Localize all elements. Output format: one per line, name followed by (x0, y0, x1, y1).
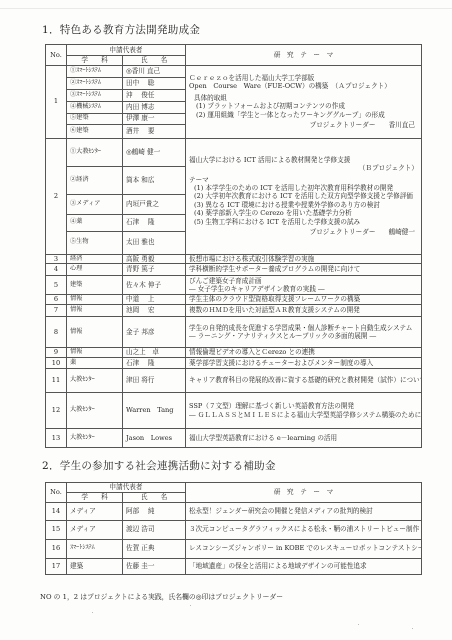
member-name: 田中 聡 (123, 77, 186, 89)
row-theme: びんご建築女子育成計画 ― 女子学生のキャリアデザイン教育の実践 ― (186, 276, 422, 295)
row-no: 5 (46, 276, 67, 295)
row-dept: 心理 (67, 264, 123, 276)
row-dept: 大教ｾﾝﾀｰ (67, 393, 123, 429)
row-name: 山之上 卓 (123, 348, 186, 358)
scan-speck (358, 624, 359, 625)
row-theme: キャリア教育科目の発展的改善に資する基礎的研究と教材開発（試作）について (186, 369, 422, 393)
row-theme: SSP（７文型）理解に基づく新しい英語教育方法の開発 ― ＧＬＬＡＳＳとＭＩＬＥ… (186, 393, 422, 429)
theme-subtitle: （Ｂプロジェクト） (189, 164, 418, 172)
col-header-applicant: 申請代表者 (67, 45, 186, 56)
row-no: 11 (46, 369, 67, 393)
col-header-name: 氏 名 (123, 56, 186, 66)
col-header-dept: 学 科 (67, 56, 123, 66)
social-activity-grant-table: No. 申請代表者 研 究 テ ー マ 学 科 氏 名 14 メディア 阿部 純… (45, 482, 422, 575)
theme-line: びんご建築女子育成計画 (189, 277, 418, 285)
row-theme: ３次元コンピュータグラフィックスによる松永・鞆の浦ストリートビュー制作 (186, 520, 422, 539)
theme-subline: ― ＧＬＬＡＳＳとＭＩＬＥＳによる福山大学型英語学修システム構築のために ― (189, 411, 418, 419)
member-name: 伊澤 康一 (123, 113, 186, 124)
member-name: 沖 俊任 (123, 89, 186, 101)
row-dept: 情報 (67, 305, 123, 317)
project-1-theme: Ｃｅｒｅｚｏを活用した福山大学工学部版 Open Course Ware（FUE… (186, 65, 422, 138)
row-dept: 薬 (67, 358, 123, 369)
project-leader: プロジェクトリーダー 香川直己 (189, 121, 418, 129)
row-no: 3 (46, 254, 67, 264)
row-name: 佐々木 伸子 (123, 276, 186, 295)
detail-item: (1) プラットフォームおよび初期コンテンツの作成 (189, 102, 418, 110)
theme-subtitle: Open Course Ware（FUE-OCW）の構築 （Ａプロジェクト） (189, 82, 418, 90)
member-name: 筒本 和広 (123, 166, 186, 194)
row-dept: 大教ｾﾝﾀｰ (67, 429, 123, 448)
row-theme: 複数のＨＭＤを用いた対話型ＡＲ教育支援システムの開発 (186, 305, 422, 317)
table-row-project-1: 1 ①ｽﾏｰﾄｼｽﾃﾑ ◎香川 直己 Ｃｅｒｅｚｏを活用した福山大学工学部版 O… (46, 65, 422, 77)
row-name: Warren Tang (123, 393, 186, 429)
row-no: 12 (46, 393, 67, 429)
row-name: 金子 邦彦 (123, 317, 186, 348)
scan-speck (92, 612, 93, 613)
row-no: 9 (46, 348, 67, 358)
member-dept: ⑥建築 (67, 124, 123, 138)
table-row: 10 薬 石津 隆 薬学部学習支援におけるチューターおよびメンター制度の導入 (46, 358, 422, 369)
row-name: 中道 上 (123, 295, 186, 305)
member-name: ◎鶴崎 健一 (123, 138, 186, 166)
col-header-applicant: 申請代表者 (67, 483, 186, 493)
row-dept: 情報 (67, 317, 123, 348)
table-row: 14 メディア 阿部 純 松永型！ジェンダー研究会の開催と発信メディアの批判的検… (46, 502, 422, 520)
member-name: 太田 雅也 (123, 231, 186, 254)
row-no: 6 (46, 295, 67, 305)
member-dept: ⑤建築 (67, 113, 123, 124)
detail-item: (2) 大学初年次教育における ICT を活用した双方向型学修支援と学修評価 (189, 192, 418, 200)
member-dept: ④薬 (67, 214, 123, 231)
project-2-theme: 福山大学における ICT 活用による教材開発と学修支援 （Ｂプロジェクト） テー… (186, 138, 422, 254)
table-row: 8 情報 金子 邦彦 学生の自発的成長を促進する学習成果・個人診断チャート自動生… (46, 317, 422, 348)
scan-edge-line (0, 8, 452, 9)
table-row-project-2: 2 ①大教ｾﾝﾀｰ ◎鶴崎 健一 福山大学における ICT 活用による教材開発と… (46, 138, 422, 166)
col-header-name: 氏 名 (123, 493, 186, 503)
row-name: 阿部 純 (123, 502, 186, 520)
row-theme: 情報倫理ビデオの導入とＣerezo との連携 (186, 348, 422, 358)
education-grant-table: No. 申請代表者 研 究 テ ー マ 学 科 氏 名 1 ①ｽﾏｰﾄｼｽﾃﾑ … (45, 44, 422, 448)
member-dept: ②経済 (67, 166, 123, 194)
row-no: 1 (46, 65, 67, 138)
row-no: 13 (46, 429, 67, 448)
table-row: 6 情報 中道 上 学生主体のクラウド型資格取得支援フレームワークの構築 (46, 295, 422, 305)
table-row: 9 情報 山之上 卓 情報倫理ビデオの導入とＣerezo との連携 (46, 348, 422, 358)
row-theme: 仮想市場における株式取引体験学習の実施 (186, 254, 422, 264)
member-name: 内垣戸貴之 (123, 194, 186, 214)
project-leader: プロジェクトリーダー 鶴崎健一 (189, 228, 418, 236)
row-dept: 建築 (67, 276, 123, 295)
row-name: 池岡 宏 (123, 305, 186, 317)
table-row: 4 心理 青野 篤子 学科横断的学生サポーター養成プログラムの開発に向けて (46, 264, 422, 276)
row-dept: メディア (67, 520, 123, 539)
row-no: 7 (46, 305, 67, 317)
row-dept: 情報 (67, 348, 123, 358)
member-dept: ⑤生物 (67, 231, 123, 254)
member-dept: ①ｽﾏｰﾄｼｽﾃﾑ (67, 65, 123, 77)
scan-speck (190, 605, 191, 606)
row-theme: 学生の自発的成長を促進する学習成果・個人診断チャート自動生成システム ― ラーニ… (186, 317, 422, 348)
col-header-dept: 学 科 (67, 493, 123, 503)
theme-line: SSP（７文型）理解に基づく新しい英語教育方法の開発 (189, 402, 418, 410)
member-name: ◎香川 直己 (123, 65, 186, 77)
member-dept: ③メディア (67, 194, 123, 214)
row-theme: 学生主体のクラウド型資格取得支援フレームワークの構築 (186, 295, 422, 305)
row-theme: 薬学部学習支援におけるチューターおよびメンター制度の導入 (186, 358, 422, 369)
table-row: 11 大教ｾﾝﾀｰ 津田 将行 キャリア教育科目の発展的改善に資する基礎的研究と… (46, 369, 422, 393)
col-header-theme: 研 究 テ ー マ (186, 483, 422, 503)
theme-subline: ― ラーニング・アナリティクスとルーブリックの多面的展開 ― (189, 332, 418, 340)
row-name: 津田 将行 (123, 369, 186, 393)
row-dept: メディア (67, 502, 123, 520)
section1-title: 1．特色ある教育方法開発助成金 (42, 22, 200, 37)
table-row: 13 大教ｾﾝﾀｰ Jason Lowes 福山大学型英語教育における e－le… (46, 429, 422, 448)
row-name: 佐藤 圭一 (123, 558, 186, 574)
section2-title: 2．学生の参加する社会連携活動に対する補助金 (42, 458, 276, 473)
row-name: 高阪 勇毅 (123, 254, 186, 264)
col-header-theme: 研 究 テ ー マ (186, 45, 422, 66)
detail-heading: テーマ (189, 176, 418, 184)
theme-line: 学生の自発的成長を促進する学習成果・個人診断チャート自動生成システム (189, 324, 418, 332)
row-theme: 「地域遺産」の保全と活用による地域デザインの可能性追求 (186, 558, 422, 574)
row-dept: 建築 (67, 558, 123, 574)
row-name: 佐賀 正典 (123, 539, 186, 558)
footnote: NO の 1，2 はプロジェクトによる実践，氏名欄の◎印はプロジェクトリーダー (40, 591, 283, 601)
col-header-no: No. (46, 483, 67, 503)
table-row: 17 建築 佐藤 圭一 「地域遺産」の保全と活用による地域デザインの可能性追求 (46, 558, 422, 574)
member-dept: ①大教ｾﾝﾀｰ (67, 138, 123, 166)
detail-item: (5) 生物工学科における ICT を活用した学修支援の試み (189, 218, 418, 226)
col-header-no: No. (46, 45, 67, 66)
row-theme: 学科横断的学生サポーター養成プログラムの開発に向けて (186, 264, 422, 276)
scan-speck (412, 628, 413, 629)
member-name: 石津 隆 (123, 214, 186, 231)
table-row: 7 情報 池岡 宏 複数のＨＭＤを用いた対話型ＡＲ教育支援システムの開発 (46, 305, 422, 317)
table-row: 3 経済 高阪 勇毅 仮想市場における株式取引体験学習の実施 (46, 254, 422, 264)
row-name: 青野 篤子 (123, 264, 186, 276)
row-name: Jason Lowes (123, 429, 186, 448)
row-no: 10 (46, 358, 67, 369)
detail-heading: 具体的取組 (189, 94, 418, 102)
row-theme: 松永型！ジェンダー研究会の開催と発信メディアの批判的検討 (186, 502, 422, 520)
theme-subline: ― 女子学生のキャリアデザイン教育の実践 ― (189, 285, 418, 293)
row-dept: 経済 (67, 254, 123, 264)
row-name: 石津 隆 (123, 358, 186, 369)
member-dept: ②ｽﾏｰﾄｼｽﾃﾑ (67, 77, 123, 89)
row-no: 17 (46, 558, 67, 574)
row-no: 15 (46, 520, 67, 539)
row-name: 渡辺 浩司 (123, 520, 186, 539)
row-no: 4 (46, 264, 67, 276)
table-row: 16 ｽﾏｰﾄｼｽﾃﾑ 佐賀 正典 レスコンシーズジャンボリー in KOBE … (46, 539, 422, 558)
member-dept: ③ｽﾏｰﾄｼｽﾃﾑ (67, 89, 123, 101)
row-no: 2 (46, 138, 67, 254)
row-dept: 大教ｾﾝﾀｰ (67, 369, 123, 393)
table-row: 5 建築 佐々木 伸子 びんご建築女子育成計画 ― 女子学生のキャリアデザイン教… (46, 276, 422, 295)
detail-item: (3) 異なる ICT 環境における授業や授業外学修のあり方の検討 (189, 201, 418, 209)
member-name: 内田 博志 (123, 101, 186, 113)
table-row: 15 メディア 渡辺 浩司 ３次元コンピュータグラフィックスによる松永・鞆の浦ス… (46, 520, 422, 539)
theme-title: 福山大学における ICT 活用による教材開発と学修支援 (189, 156, 418, 164)
row-no: 8 (46, 317, 67, 348)
member-name: 酒井 要 (123, 124, 186, 138)
row-dept: ｽﾏｰﾄｼｽﾃﾑ (67, 539, 123, 558)
member-dept: ④機械ｼｽﾃﾑ (67, 101, 123, 113)
row-no: 16 (46, 539, 67, 558)
detail-item: (4) 薬学部新入学生の Cerezo を用いた基礎学力分析 (189, 209, 418, 217)
table-row: 12 大教ｾﾝﾀｰ Warren Tang SSP（７文型）理解に基づく新しい英… (46, 393, 422, 429)
row-dept: 情報 (67, 295, 123, 305)
detail-item: (2) 運用組織「学生と一体となったワーキンググループ」の形成 (189, 111, 418, 119)
row-no: 14 (46, 502, 67, 520)
row-theme: 福山大学型英語教育における e－learning の活用 (186, 429, 422, 448)
row-theme: レスコンシーズジャンボリー in KOBE でのレスキューロボットコンテストシー… (186, 539, 422, 558)
